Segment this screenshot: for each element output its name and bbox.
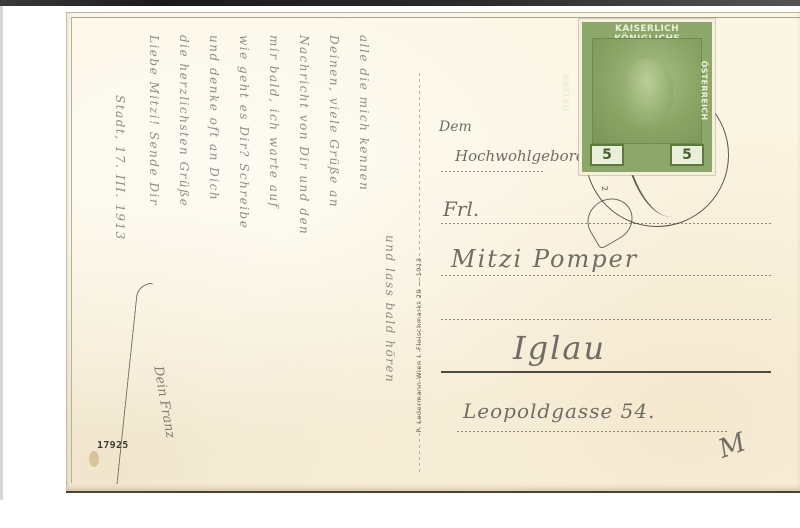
stamp-portrait bbox=[621, 59, 673, 125]
address-note: M bbox=[715, 427, 750, 464]
postage-stamp: KAISERLICH KÖNIGLICHE ÖSTERR. ÖSTERREICH… bbox=[582, 22, 712, 172]
scan-bottom-margin bbox=[0, 500, 800, 528]
message-line: wie geht es Dir? Schreibe bbox=[233, 35, 251, 465]
message-line: Deinen, viele Grüße an bbox=[323, 35, 341, 465]
address-rule-solid bbox=[441, 371, 771, 373]
publisher-imprint-text: P. Ledermann Wien I. Fleischmarkt 20 — 1… bbox=[415, 215, 423, 475]
address-name: Mitzi Pomper bbox=[451, 245, 638, 273]
address-honorific: Frl. bbox=[443, 197, 479, 221]
scan-left-edge bbox=[0, 6, 3, 528]
address-rule bbox=[457, 431, 727, 432]
address-title: Hochwohlgeboren bbox=[455, 147, 594, 165]
message-line: mir bald, ich warte auf bbox=[263, 35, 281, 465]
message-line: und denke oft an Dich bbox=[203, 35, 221, 465]
card-border-left bbox=[71, 17, 72, 483]
scan-top-edge bbox=[0, 0, 800, 6]
stamp-frame bbox=[592, 38, 702, 144]
address-rule bbox=[441, 319, 771, 320]
stamp-right-text: ÖSTERREICH bbox=[699, 61, 708, 121]
stamp-value-right: 5 bbox=[670, 144, 704, 166]
address-rule bbox=[441, 275, 771, 276]
message-date: Stadt, 17. III. 1913 bbox=[109, 95, 127, 265]
stamp-value-left: 5 bbox=[590, 144, 624, 166]
message-line: alle die mich kennen bbox=[353, 35, 371, 465]
message-line: und lass bald hören bbox=[379, 235, 397, 475]
serial-number: 17925 bbox=[97, 440, 129, 451]
postmark-number: 2 bbox=[600, 185, 610, 192]
message-line: die herzlichsten Grüße bbox=[173, 35, 191, 465]
address-street: Leopoldgasse 54. bbox=[463, 399, 655, 423]
publisher-imprint: P. Ledermann Wien I. Fleischmarkt 20 — 1… bbox=[407, 223, 433, 483]
address-city: Iglau bbox=[513, 329, 606, 367]
message-line: Nachricht von Dir und den bbox=[293, 35, 311, 465]
handwritten-message: Stadt, 17. III. 1913 Liebe Mitzi! Sende … bbox=[91, 35, 411, 475]
card-border-top bbox=[71, 17, 800, 18]
stamp-left-text: ÖSTERR. bbox=[562, 70, 571, 111]
address-rule bbox=[441, 171, 545, 172]
address-salutation: Dem bbox=[439, 119, 472, 135]
paper-stain bbox=[89, 451, 99, 467]
